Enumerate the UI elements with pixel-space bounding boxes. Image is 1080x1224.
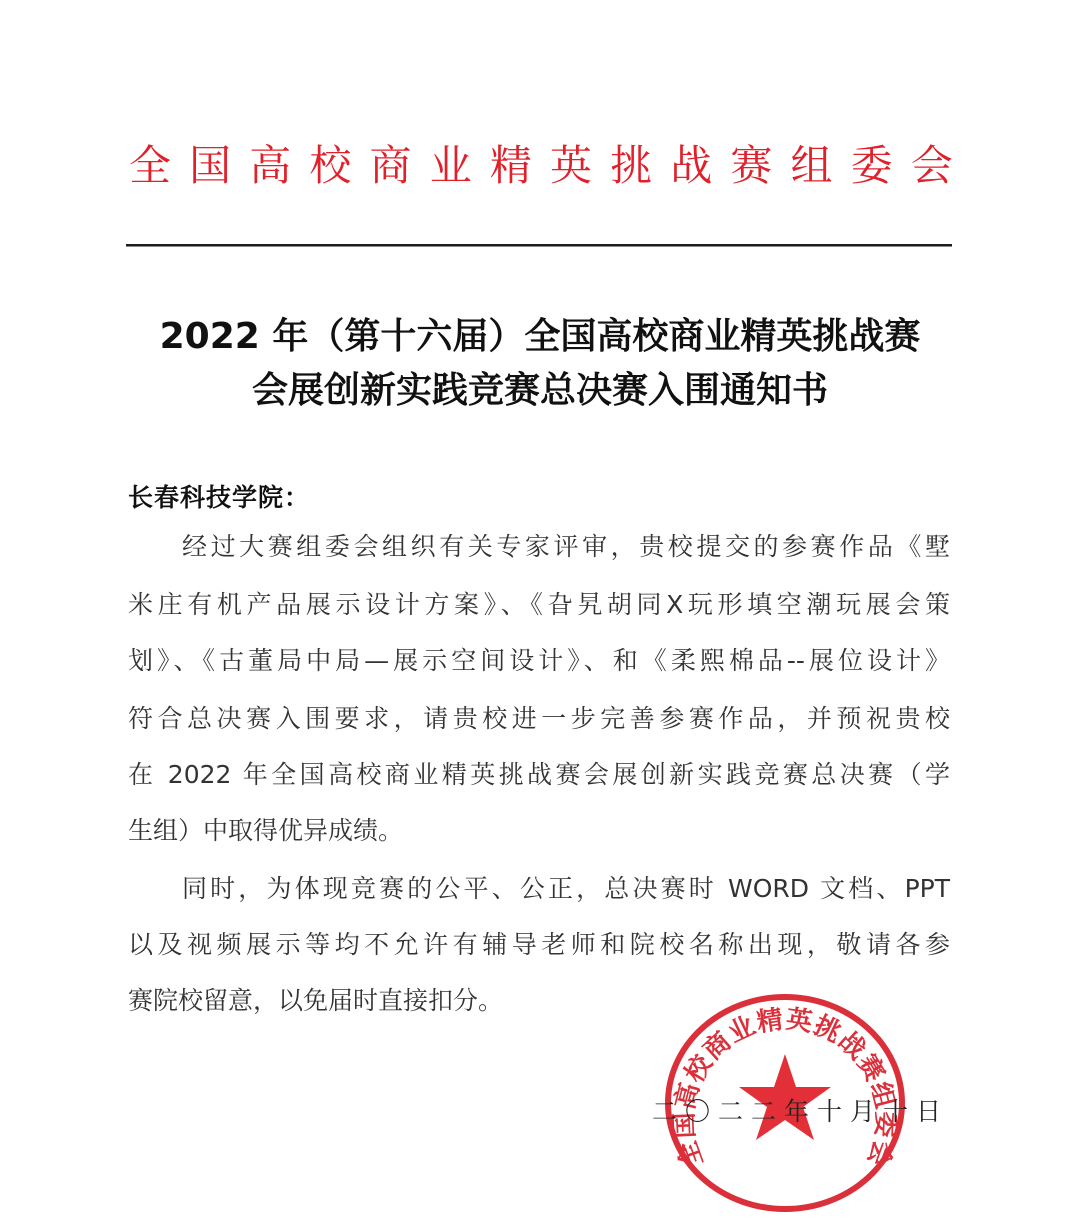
body-paragraph-1-line: 生组）中取得优异成绩。 xyxy=(128,814,950,848)
org-char: 全 xyxy=(126,136,174,196)
organization-header: 全 国 高 校 商 业 精 英 挑 战 赛 组 委 会 xyxy=(126,136,956,196)
body-paragraph-1-line: 经过大赛组委会组织有关专家评审，贵校提交的参赛作品《墅 xyxy=(182,530,950,564)
body-paragraph-2-line: 以及视频展示等均不允许有辅导老师和院校名称出现，敬请各参 xyxy=(128,928,950,962)
org-char: 高 xyxy=(246,136,294,196)
org-char: 业 xyxy=(427,136,475,196)
body-paragraph-1-line: 米庄有机产品展示设计方案》、《旮旯胡同X玩形填空潮玩展会策 xyxy=(128,588,950,622)
body-paragraph-1-line: 在 2022 年全国高校商业精英挑战赛会展创新实践竞赛总决赛（学 xyxy=(128,758,950,792)
body-paragraph-1-line: 符合总决赛入围要求，请贵校进一步完善参赛作品，并预祝贵校 xyxy=(128,702,950,736)
org-char: 商 xyxy=(367,136,415,196)
org-char: 校 xyxy=(306,136,354,196)
body-paragraph-2-line: 同时，为体现竞赛的公平、公正，总决赛时 WORD 文档、PPT xyxy=(182,872,950,906)
org-char: 英 xyxy=(547,136,595,196)
org-char: 会 xyxy=(908,136,956,196)
document-title-line-1: 2022 年（第十六届）全国高校商业精英挑战赛 xyxy=(100,308,980,359)
org-char: 赛 xyxy=(727,136,775,196)
org-char: 委 xyxy=(848,136,896,196)
org-char: 战 xyxy=(667,136,715,196)
org-char: 精 xyxy=(487,136,535,196)
org-char: 组 xyxy=(788,136,836,196)
org-char: 国 xyxy=(186,136,234,196)
notice-document: 全 国 高 校 商 业 精 英 挑 战 赛 组 委 会 2022 年（第十六届）… xyxy=(0,0,1080,1224)
header-divider xyxy=(126,244,952,246)
salutation: 长春科技学院： xyxy=(128,478,310,514)
body-paragraph-1-line: 划》、《古董局中局—展示空间设计》、和《柔熙棉品--展位设计》 xyxy=(128,644,950,678)
org-char: 挑 xyxy=(607,136,655,196)
issue-date: 二〇二二年十月十日 xyxy=(652,1092,949,1128)
document-title-line-2: 会展创新实践竞赛总决赛入围通知书 xyxy=(100,362,980,413)
